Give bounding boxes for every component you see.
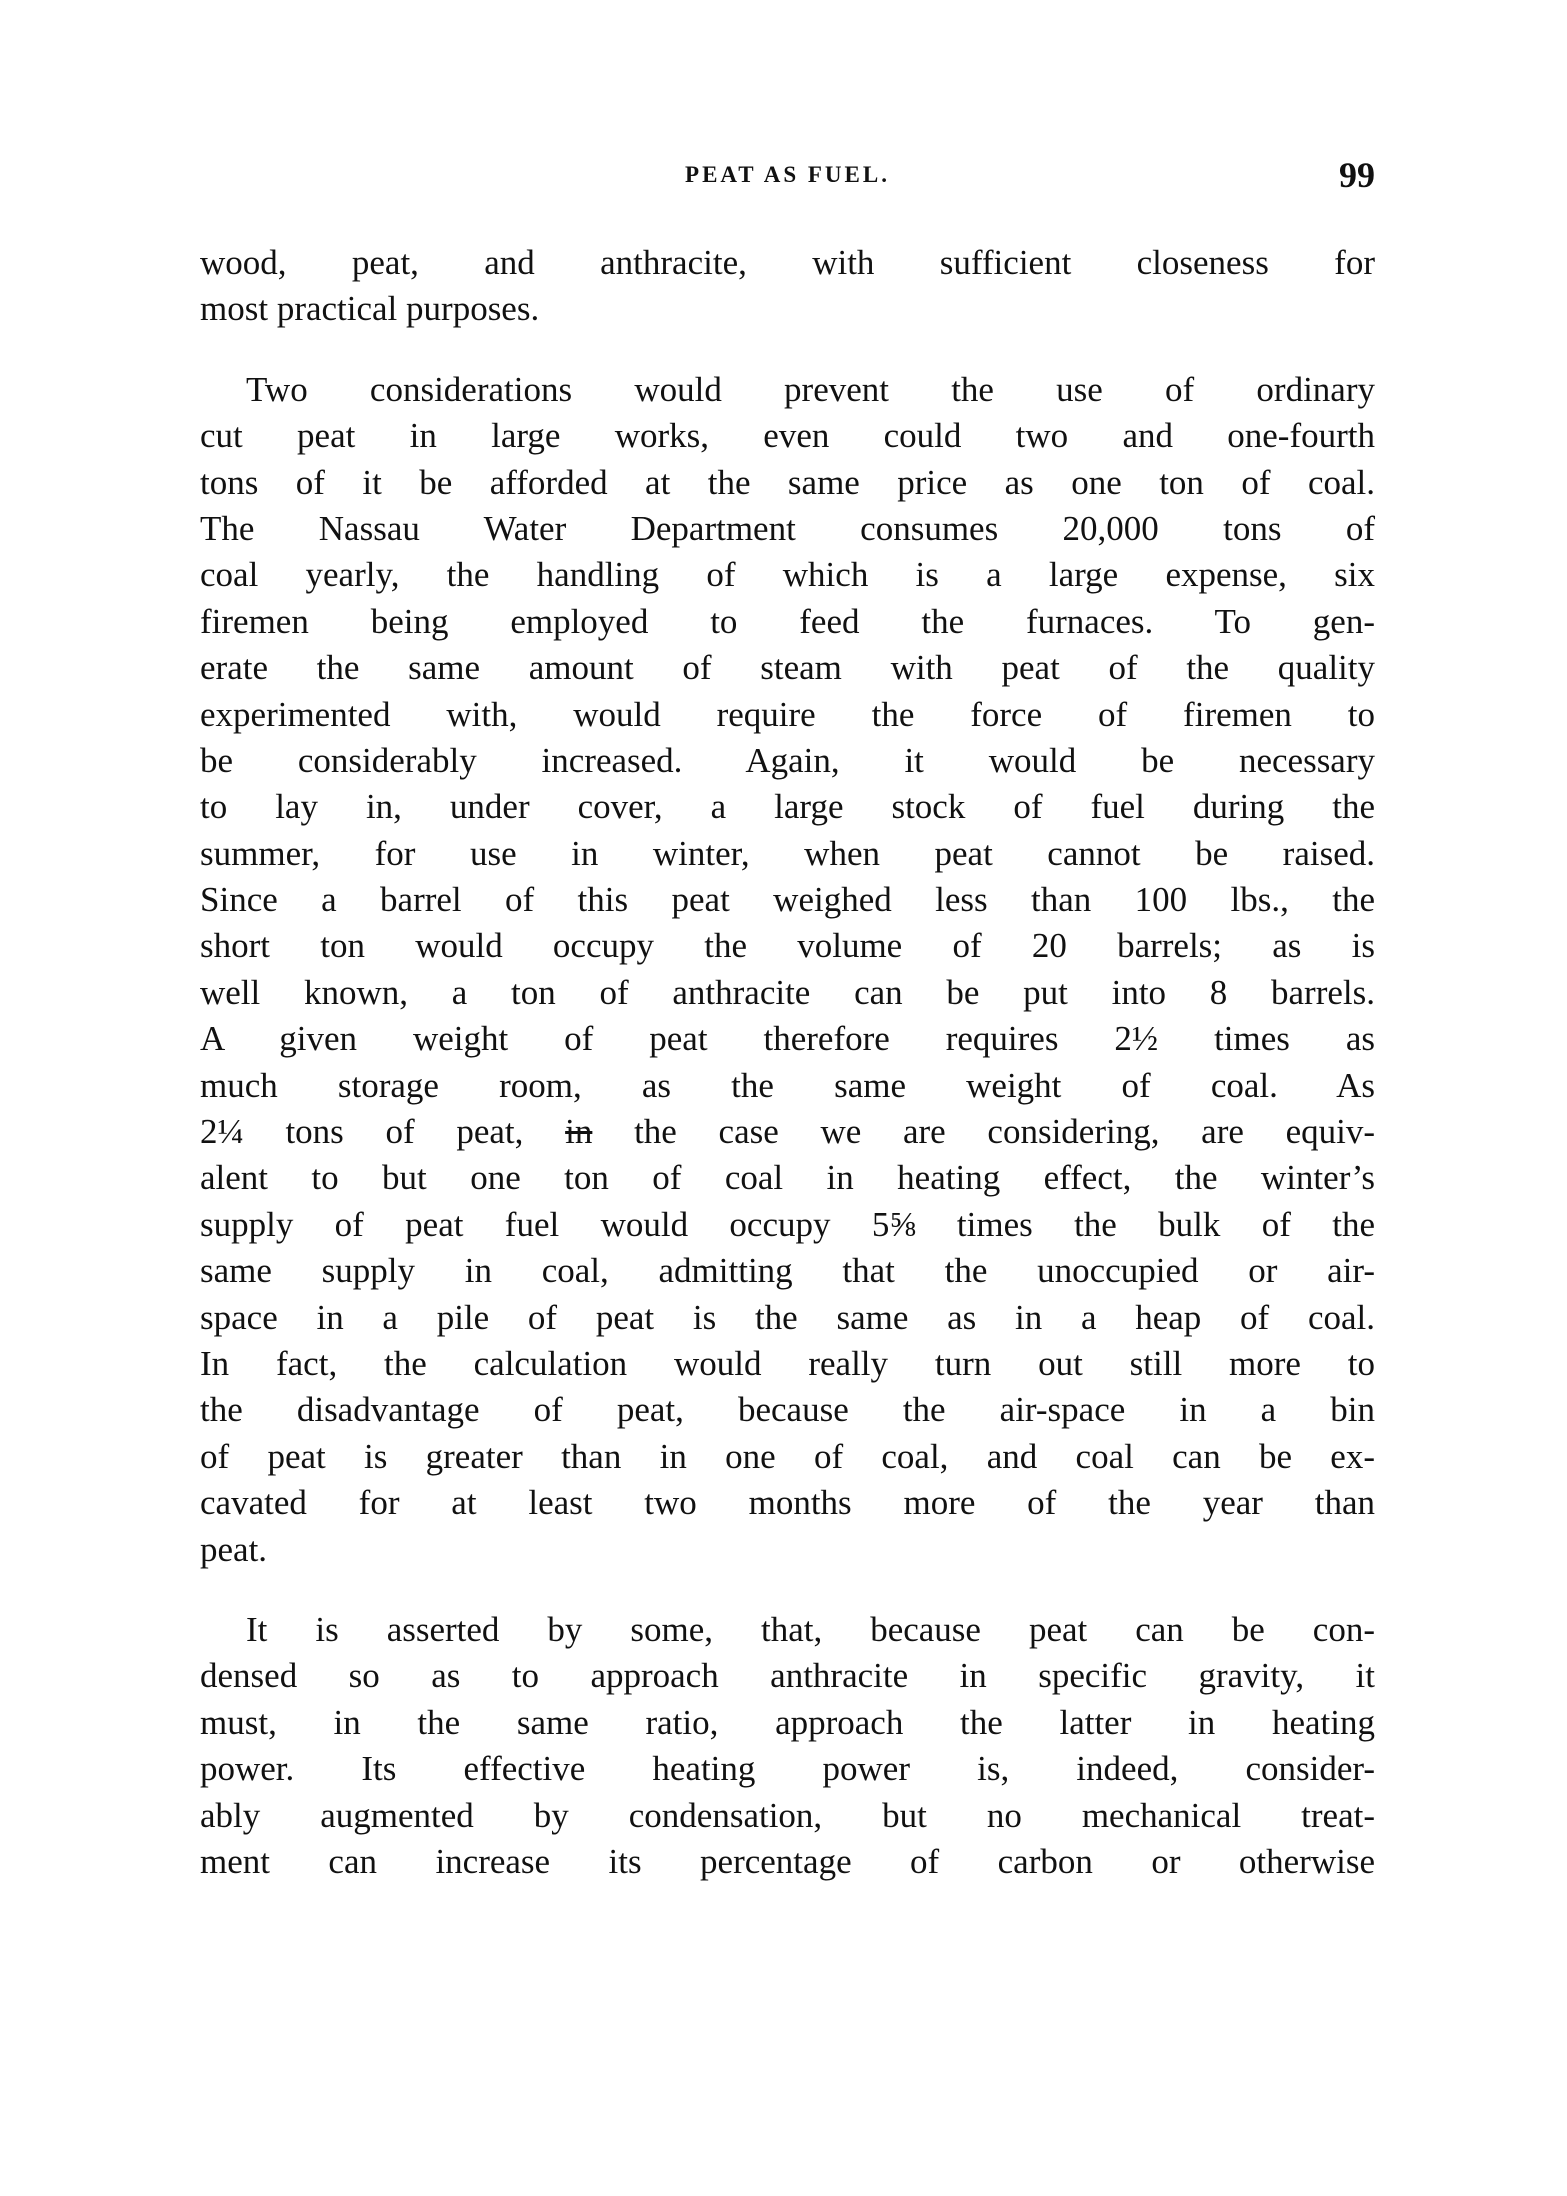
body-text: wood, peat, and anthracite, with suffici…	[200, 240, 1375, 1885]
text-line: alent to but one ton of coal in heating …	[200, 1155, 1375, 1201]
text-line: be considerably increased. Again, it wou…	[200, 738, 1375, 784]
text-line: the disadvantage of peat, because the ai…	[200, 1387, 1375, 1433]
page-number: 99	[1339, 154, 1375, 196]
text-line: experimented with, would require the for…	[200, 692, 1375, 738]
text-line: cut peat in large works, even could two …	[200, 413, 1375, 459]
paragraph-gap	[200, 333, 1375, 367]
paragraph-1: wood, peat, and anthracite, with suffici…	[200, 240, 1375, 333]
text-line: same supply in coal, admitting that the …	[200, 1248, 1375, 1294]
text-line: peat.	[200, 1527, 1375, 1573]
text-line-with-strikethrough: 2¼ tons of peat, in the case we are cons…	[200, 1109, 1375, 1155]
text-line: of peat is greater than in one of coal, …	[200, 1434, 1375, 1480]
text-line: summer, for use in winter, when peat can…	[200, 831, 1375, 877]
text-line: to lay in, under cover, a large stock of…	[200, 784, 1375, 830]
text-line: much storage room, as the same weight of…	[200, 1063, 1375, 1109]
text-line: short ton would occupy the volume of 20 …	[200, 923, 1375, 969]
struck-word: in	[565, 1112, 592, 1151]
text-line: The Nassau Water Department consumes 20,…	[200, 506, 1375, 552]
text-line: must, in the same ratio, approach the la…	[200, 1700, 1375, 1746]
text-line: firemen being employed to feed the furna…	[200, 599, 1375, 645]
text-line: most practical purposes.	[200, 286, 1375, 332]
running-title: PEAT AS FUEL.	[200, 162, 1375, 188]
text-line: well known, a ton of anthracite can be p…	[200, 970, 1375, 1016]
text-line: ment can increase its percentage of carb…	[200, 1839, 1375, 1885]
text-line: In fact, the calculation would really tu…	[200, 1341, 1375, 1387]
running-head: PEAT AS FUEL. 99	[200, 158, 1375, 198]
paragraph-gap	[200, 1573, 1375, 1607]
text-line: Since a barrel of this peat weighed less…	[200, 877, 1375, 923]
text-line: wood, peat, and anthracite, with suffici…	[200, 240, 1375, 286]
text-line: coal yearly, the handling of which is a …	[200, 552, 1375, 598]
text-line: ably augmented by condensation, but no m…	[200, 1793, 1375, 1839]
text-line: cavated for at least two months more of …	[200, 1480, 1375, 1526]
text-line: tons of it be afforded at the same price…	[200, 460, 1375, 506]
text-line: It is asserted by some, that, because pe…	[200, 1607, 1375, 1653]
text-line: erate the same amount of steam with peat…	[200, 645, 1375, 691]
text-line: densed so as to approach anthracite in s…	[200, 1653, 1375, 1699]
text-line: A given weight of peat therefore require…	[200, 1016, 1375, 1062]
book-page: PEAT AS FUEL. 99 wood, peat, and anthrac…	[0, 0, 1567, 2196]
paragraph-2: Two considerations would prevent the use…	[200, 367, 1375, 1573]
text-line: power. Its effective heating power is, i…	[200, 1746, 1375, 1792]
text-line: space in a pile of peat is the same as i…	[200, 1295, 1375, 1341]
text-line: supply of peat fuel would occupy 5⅝ time…	[200, 1202, 1375, 1248]
text-line: Two considerations would prevent the use…	[200, 367, 1375, 413]
paragraph-3: It is asserted by some, that, because pe…	[200, 1607, 1375, 1885]
